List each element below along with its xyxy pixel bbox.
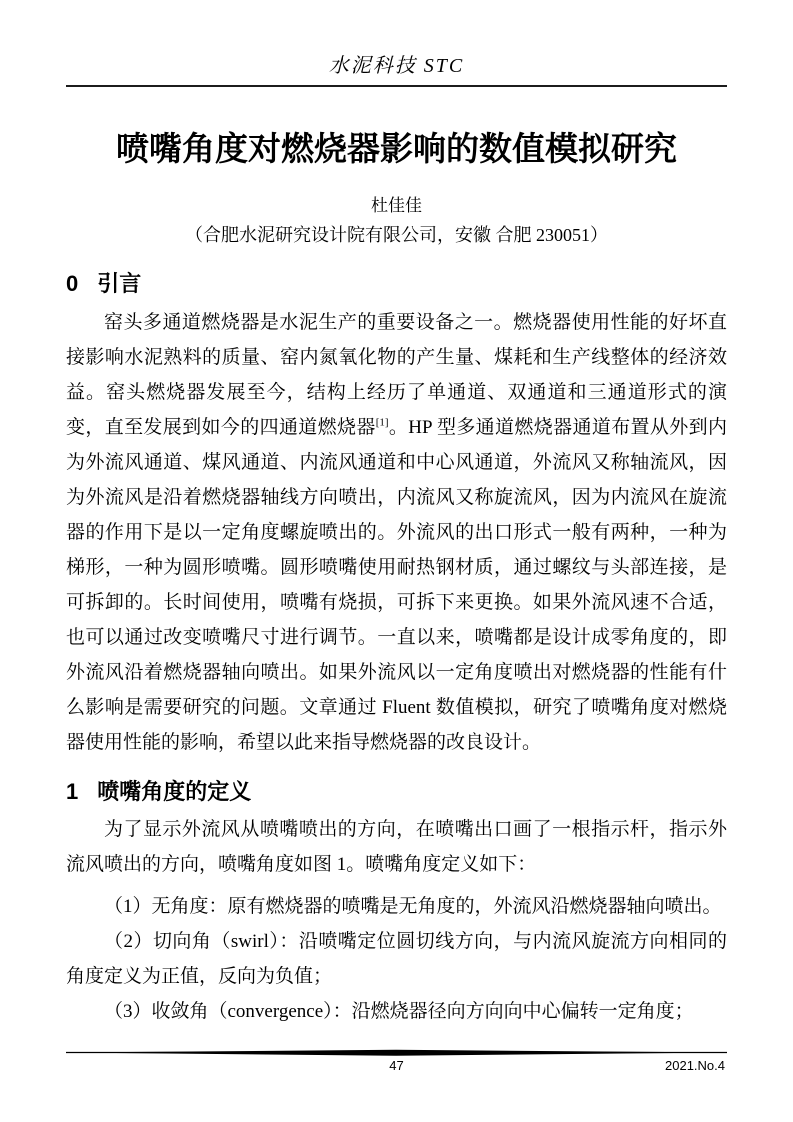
paragraph-text-after-citation: 。HP 型多通道燃烧器通道布置从外到内为外流风通道、煤风通道、内流风通道和中心风… xyxy=(66,417,727,753)
author-name: 杜佳佳 xyxy=(66,196,727,216)
definition-item-2: （2）切向角（swirl）：沿喷嘴定位圆切线方向，与内流风旋流方向相同的角度定义… xyxy=(66,924,727,994)
citation-ref: [1] xyxy=(376,417,389,429)
journal-header: 水泥科技 STC xyxy=(66,0,727,78)
paragraph-definition-intro: 为了显示外流风从喷嘴喷出的方向，在喷嘴出口画了一根指示杆，指示外流风喷出的方向，… xyxy=(66,812,727,882)
header-rule xyxy=(66,85,727,87)
page-footer: 47 2021.No.4 xyxy=(66,1049,727,1076)
definition-item-1: （1）无角度：原有燃烧器的喷嘴是无角度的，外流风沿燃烧器轴向喷出。 xyxy=(66,889,727,924)
section-number: 0 xyxy=(66,270,78,299)
section-heading-1: 1喷嘴角度的定义 xyxy=(66,778,727,807)
section-number: 1 xyxy=(66,778,78,807)
section-title: 喷嘴角度的定义 xyxy=(97,779,251,804)
document-page: 水泥科技 STC 喷嘴角度对燃烧器影响的数值模拟研究 杜佳佳 （合肥水泥研究设计… xyxy=(0,0,793,1122)
author-affiliation: （合肥水泥研究设计院有限公司，安徽 合肥 230051） xyxy=(66,225,727,247)
definition-item-3: （3）收敛角（convergence）：沿燃烧器径向方向向中心偏转一定角度； xyxy=(66,994,727,1029)
issue-number: 2021.No.4 xyxy=(665,1058,725,1073)
section-heading-0: 0引言 xyxy=(66,270,727,299)
paragraph-introduction: 窑头多通道燃烧器是水泥生产的重要设备之一。燃烧器使用性能的好坏直接影响水泥熟料的… xyxy=(66,305,727,760)
page-number: 47 xyxy=(66,1058,727,1073)
article-title: 喷嘴角度对燃烧器影响的数值模拟研究 xyxy=(66,131,727,167)
section-title: 引言 xyxy=(97,271,141,296)
footer-rule xyxy=(66,1049,727,1057)
footer-row: 47 2021.No.4 xyxy=(66,1058,727,1076)
